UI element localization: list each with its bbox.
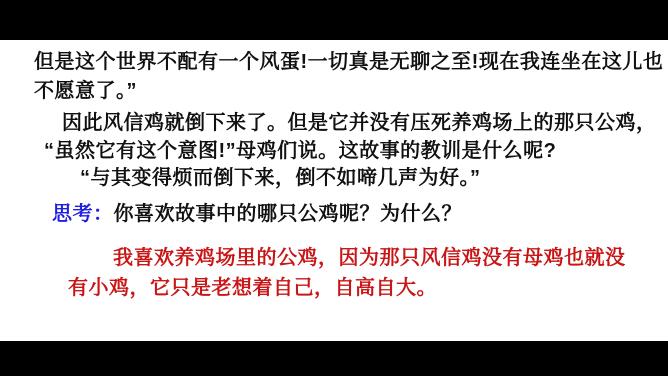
think-row: 思考：你喜欢故事中的哪只公鸡呢？为什么？ [52, 202, 462, 226]
story-text-line-4: “虽然它有这个意图!”母鸡们说。这故事的教训是什么呢? [44, 139, 556, 163]
think-question: 你喜欢故事中的哪只公鸡呢？为什么？ [114, 203, 463, 225]
answer-line-2: 有小鸡，它只是老想着自己，自高自大。 [68, 276, 437, 300]
answer-line-1: 我喜欢养鸡场里的公鸡，因为那只风信鸡没有母鸡也就没 [113, 246, 626, 270]
top-letterbox-bar [0, 0, 668, 40]
think-label: 思考： [52, 203, 114, 225]
bottom-letterbox-bar [0, 341, 668, 376]
story-text-line-2: 不愿意了。” [34, 79, 137, 103]
story-text-line-5: “与其变得烦而倒下来，倒不如啼几声为好。” [80, 166, 481, 190]
story-text-line-1: 但是这个世界不配有一个风蛋!一切真是无聊之至!现在我连坐在这儿也 [34, 50, 663, 74]
story-text-line-3: 因此风信鸡就倒下来了。但是它并没有压死养鸡场上的那只公鸡， [62, 111, 657, 135]
slide: 但是这个世界不配有一个风蛋!一切真是无聊之至!现在我连坐在这儿也 不愿意了。” … [0, 0, 668, 376]
